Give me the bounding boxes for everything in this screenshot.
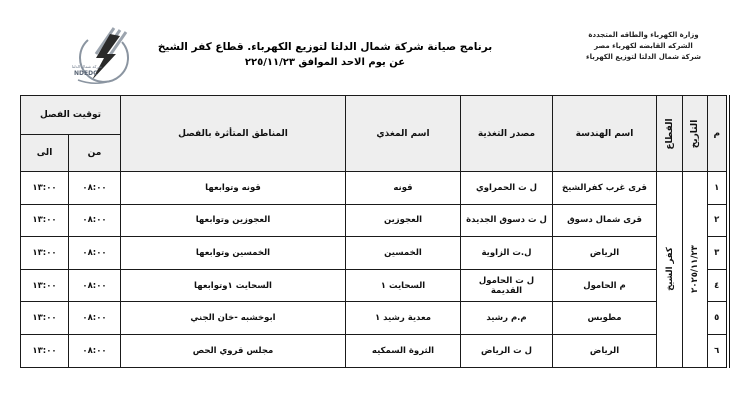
cell-number: ٣ [708,237,728,270]
cell-number: ٤ [708,269,728,302]
cell-number: ٢ [708,204,728,237]
col-header-engineering: اسم الهندسة [553,96,657,172]
cell-number: ٥ [708,302,728,335]
cell-number: ٦ [708,334,728,367]
col-header-feeder: اسم المغذي [346,96,461,172]
cell-source: ل ت دسوق الجديدة [461,204,553,237]
cell-time-from: ٠٨:٠٠ [69,334,121,367]
cell-engineering: م الحامول [553,269,657,302]
company-logo: شركة شمال الدلتا NDEDC [58,24,146,90]
cell-feeder: قونه [346,172,461,205]
cell-time-to: ١٣:٠٠ [21,302,69,335]
col-header-sector: القطاع [657,96,683,172]
table-row: ٥ مطوبس م.م رشيد معدية رشيد ١ ابوخشبه -خ… [21,302,728,335]
title-line-1: برنامج صيانة شركة شمال الدلتا لتوزيع الك… [150,40,500,55]
cell-time-from: ٠٨:٠٠ [69,204,121,237]
col-header-to: الى [21,135,69,172]
cell-areas: قونه وتوابعها [121,172,346,205]
col-header-areas: المناطق المتأثرة بالفصل [121,96,346,172]
cell-feeder: العجوزين [346,204,461,237]
cell-engineering: مطوبس [553,302,657,335]
cell-engineering: قرى غرب كفرالشيخ [553,172,657,205]
cell-time-to: ١٣:٠٠ [21,237,69,270]
cell-source: ل ت الرياض [461,334,553,367]
cell-time-from: ٠٨:٠٠ [69,302,121,335]
col-header-number: م [708,96,728,172]
col-header-date: التاريخ [683,96,708,172]
cell-source: ل ت الحامول القديمة [461,269,553,302]
holding-company-line: الشركه القابضه لكهرباء مصر [561,41,726,52]
col-header-from: من [69,135,121,172]
header-row-1: م التاريخ القطاع اسم الهندسة مصدر التغذي… [21,96,728,135]
logo-abbr-text: NDEDC [74,70,98,77]
letterhead-ministry-block: وزارة الكهرباء والطاقه المتجددة الشركه ا… [561,30,726,63]
cell-areas: الخمسين وتوابعها [121,237,346,270]
cell-engineering: قرى شمال دسوق [553,204,657,237]
table-row: ٦ الرياض ل ت الرياض الثروة السمكيه مجلس … [21,334,728,367]
cell-feeder: الثروة السمكيه [346,334,461,367]
title-line-2: عن يوم الاحد الموافق ٢٢٥/١١/٢٣ [150,55,500,70]
cell-time-to: ١٣:٠٠ [21,172,69,205]
logo-arabic-text: شركة شمال الدلتا [72,64,103,69]
ministry-line: وزارة الكهرباء والطاقه المتجددة [561,30,726,41]
cell-engineering: الرياض [553,237,657,270]
table-row: ٣ الرياض ل.ت الزاوية الخمسين الخمسين وتو… [21,237,728,270]
cell-areas: ابوخشبه -خان الجني [121,302,346,335]
table-row: ٤ م الحامول ل ت الحامول القديمة السحايت … [21,269,728,302]
table-row: ٢ قرى شمال دسوق ل ت دسوق الجديدة العجوزي… [21,204,728,237]
cell-feeder: الخمسين [346,237,461,270]
cell-time-from: ٠٨:٠٠ [69,172,121,205]
col-header-source: مصدر التغذية [461,96,553,172]
cell-areas: مجلس قروي الحص [121,334,346,367]
cell-areas: السحايت ١وتوابعها [121,269,346,302]
cell-areas: العجوزين وتوابعها [121,204,346,237]
cell-time-to: ١٣:٠٠ [21,269,69,302]
lightning-logo-icon: شركة شمال الدلتا NDEDC [58,24,146,90]
maintenance-schedule-table: م التاريخ القطاع اسم الهندسة مصدر التغذي… [20,95,730,368]
cell-time-to: ١٣:٠٠ [21,334,69,367]
cell-sector-merged: كفر الشيخ [657,172,683,368]
cell-source: ل.ت الزاوية [461,237,553,270]
cell-date-merged: ٢٠٢٥/١١/٢٣ [683,172,708,368]
cell-time-to: ١٣:٠٠ [21,204,69,237]
table-row: ١ ٢٠٢٥/١١/٢٣ كفر الشيخ قرى غرب كفرالشيخ … [21,172,728,205]
cell-source: م.م رشيد [461,302,553,335]
cell-source: ل ت الحمراوي [461,172,553,205]
cell-feeder: معدية رشيد ١ [346,302,461,335]
cell-time-from: ٠٨:٠٠ [69,269,121,302]
cell-time-from: ٠٨:٠٠ [69,237,121,270]
cell-number: ١ [708,172,728,205]
document-page: شركة شمال الدلتا NDEDC برنامج صيانة شركة… [0,0,732,410]
col-header-timing: توقيت الفصل [21,96,121,135]
distribution-company-line: شركة شمال الدلتا لتوزيع الكهرباء [561,52,726,63]
cell-feeder: السحايت ١ [346,269,461,302]
document-title: برنامج صيانة شركة شمال الدلتا لتوزيع الك… [150,40,500,70]
cell-engineering: الرياض [553,334,657,367]
